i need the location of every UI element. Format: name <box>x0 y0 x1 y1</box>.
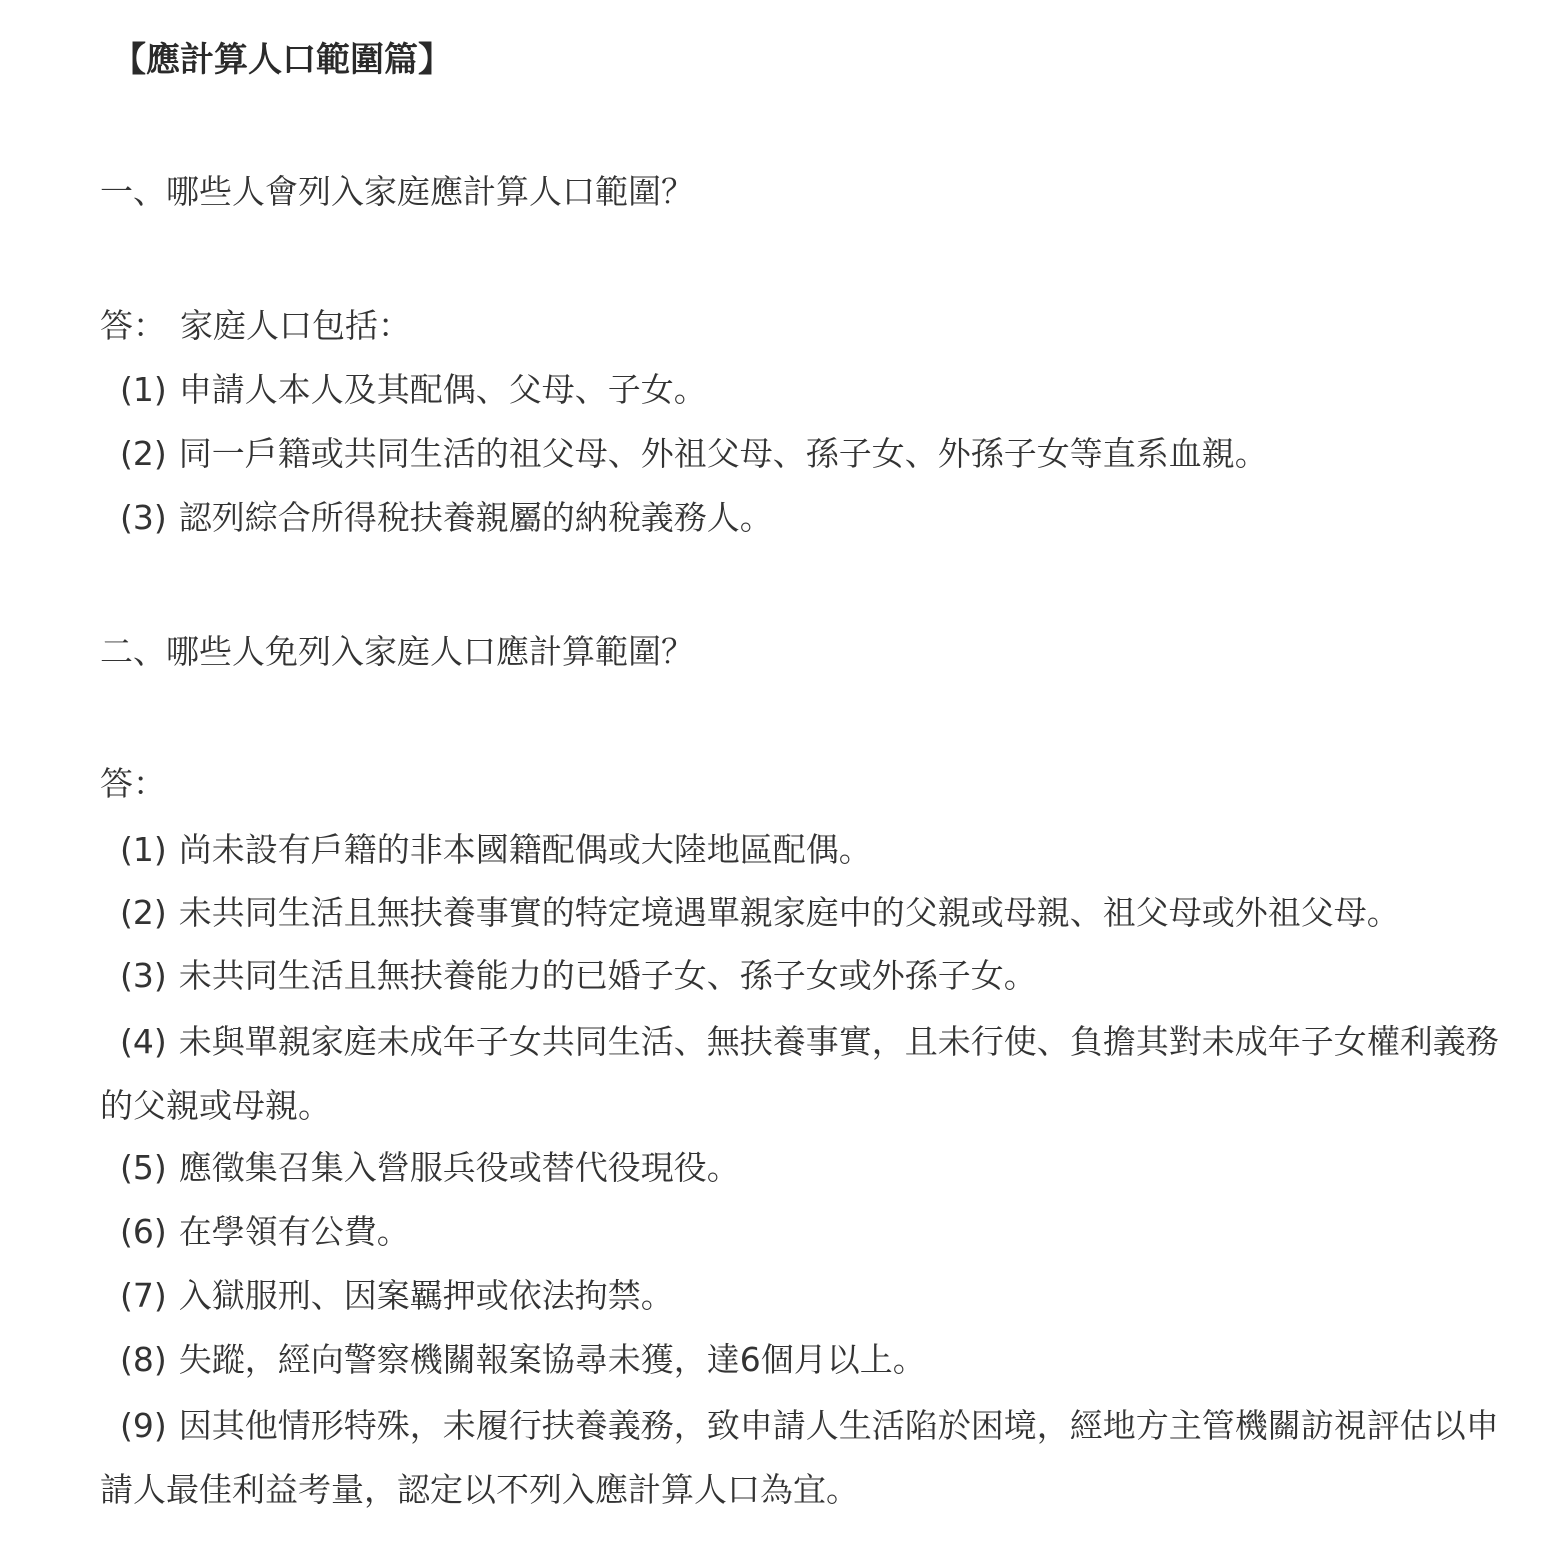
list-item: (1)尚未設有戶籍的非本國籍配偶或大陸地區配偶。 <box>100 830 872 870</box>
item-number: (4) <box>120 1010 167 1074</box>
list-item: (1)申請人本人及其配偶、父母、子女。 <box>100 370 707 410</box>
list-item: (2)未共同生活且無扶養事實的特定境遇單親家庭中的父親或母親、祖父母或外祖父母。 <box>100 893 1400 933</box>
item-text: 未共同生活且無扶養能力的已婚子女、孫子女或外孫子女。 <box>179 956 1037 995</box>
item-number: (2) <box>120 434 167 474</box>
item-text: 在學領有公費。 <box>179 1212 410 1251</box>
item-number: (7) <box>120 1276 167 1316</box>
item-number: (1) <box>120 370 167 410</box>
item-number: (3) <box>120 498 167 538</box>
list-item: (8)失蹤，經向警察機關報案協尋未獲，達6個月以上。 <box>100 1340 926 1380</box>
item-number: (6) <box>120 1212 167 1252</box>
item-text: 同一戶籍或共同生活的祖父母、外祖父母、孫子女、外孫子女等直系血親。 <box>179 434 1268 473</box>
list-item: (2)同一戶籍或共同生活的祖父母、外祖父母、孫子女、外孫子女等直系血親。 <box>100 434 1268 474</box>
list-item: (3)未共同生活且無扶養能力的已婚子女、孫子女或外孫子女。 <box>100 956 1037 996</box>
item-text: 失蹤，經向警察機關報案協尋未獲，達6個月以上。 <box>179 1340 926 1379</box>
answer-intro: 家庭人口包括： <box>180 306 411 345</box>
list-item: (7)入獄服刑、因案羈押或依法拘禁。 <box>100 1276 674 1316</box>
item-text: 未共同生活且無扶養事實的特定境遇單親家庭中的父親或母親、祖父母或外祖父母。 <box>179 893 1400 932</box>
list-item: (9)因其他情形特殊，未履行扶養義務，致申請人生活陷於困境，經地方主管機關訪視評… <box>100 1394 1530 1522</box>
item-number: (5) <box>120 1148 167 1188</box>
answer-label: 答： <box>100 306 166 345</box>
item-number: (1) <box>120 830 167 870</box>
item-number: (8) <box>120 1340 167 1380</box>
list-item: (3)認列綜合所得稅扶養親屬的納稅義務人。 <box>100 498 773 538</box>
item-number: (9) <box>120 1394 167 1458</box>
section-2-answer: 答： <box>100 764 166 804</box>
answer-label: 答： <box>100 764 166 803</box>
item-text: 應徵集召集入營服兵役或替代役現役。 <box>179 1148 740 1187</box>
item-text: 未與單親家庭未成年子女共同生活、無扶養事實，且未行使、負擔其對未成年子女權利義務… <box>100 1022 1499 1125</box>
item-number: (3) <box>120 956 167 996</box>
section-1-question: 一、哪些人會列入家庭應計算人口範圍？ <box>100 172 694 212</box>
section-1-answer: 答：家庭人口包括： <box>100 306 411 346</box>
list-item: (6)在學領有公費。 <box>100 1212 410 1252</box>
item-text: 因其他情形特殊，未履行扶養義務，致申請人生活陷於困境，經地方主管機關訪視評估以申… <box>100 1406 1499 1509</box>
item-text: 認列綜合所得稅扶養親屬的納稅義務人。 <box>179 498 773 537</box>
list-item: (5)應徵集召集入營服兵役或替代役現役。 <box>100 1148 740 1188</box>
item-number: (2) <box>120 893 167 933</box>
section-2-question: 二、哪些人免列入家庭人口應計算範圍？ <box>100 632 694 672</box>
item-text: 申請人本人及其配偶、父母、子女。 <box>179 370 707 409</box>
item-text: 入獄服刑、因案羈押或依法拘禁。 <box>179 1276 674 1315</box>
item-text: 尚未設有戶籍的非本國籍配偶或大陸地區配偶。 <box>179 830 872 869</box>
list-item: (4)未與單親家庭未成年子女共同生活、無扶養事實，且未行使、負擔其對未成年子女權… <box>100 1010 1530 1138</box>
document-title: 【應計算人口範圍篇】 <box>112 40 452 80</box>
